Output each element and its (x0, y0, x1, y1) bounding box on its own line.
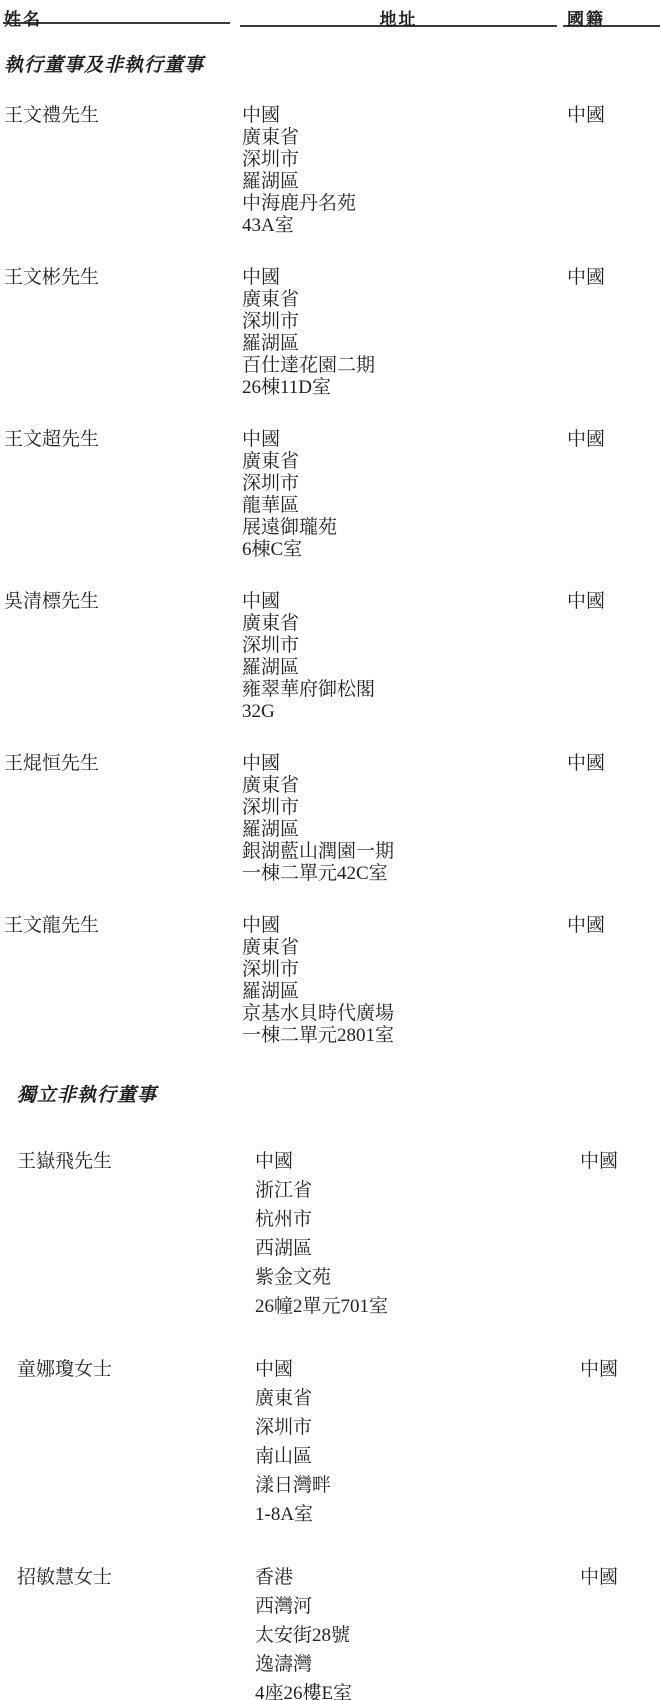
director-name: 吳清標先生 (4, 591, 99, 613)
address-line: 中海鹿丹名苑 (242, 193, 660, 215)
address-line: 羅湖區 (242, 657, 660, 679)
address-line: 逸濤灣 (255, 1650, 660, 1679)
address-line: 浙江省 (255, 1176, 660, 1205)
address-line: 廣東省 (242, 289, 660, 311)
director-name: 王焜恒先生 (4, 753, 99, 775)
address-line: 銀湖藍山潤園一期 (242, 841, 660, 863)
director-nationality: 中國 (567, 591, 605, 613)
table-row: 招敏慧女士香港西灣河太安街28號逸濤灣4座26樓E室中國 (0, 1563, 660, 1700)
address-line: 32G (242, 701, 660, 723)
address-line: 26棟11D室 (242, 377, 660, 399)
address-line: 太安街28號 (255, 1621, 660, 1650)
column-header-address: 地址 (240, 5, 557, 27)
address-line: 深圳市 (242, 149, 660, 171)
table-row: 吳清標先生中國廣東省深圳市羅湖區雍翠華府御松閣32G中國 (0, 591, 660, 723)
director-name: 招敏慧女士 (17, 1563, 112, 1592)
address-line: 展遠御瓏苑 (242, 517, 660, 539)
table-row: 王文龍先生中國廣東省深圳市羅湖區京基水貝時代廣場一棟二單元2801室中國 (0, 915, 660, 1047)
table-row: 王文超先生中國廣東省深圳市龍華區展遠御瓏苑6棟C室中國 (0, 429, 660, 561)
address-line: 深圳市 (242, 473, 660, 495)
address-line: 深圳市 (242, 635, 660, 657)
director-section: 執行董事及非執行董事王文禮先生中國廣東省深圳市羅湖區中海鹿丹名苑43A室中國王文… (0, 55, 660, 1047)
director-name: 王文禮先生 (4, 105, 99, 127)
director-section: 獨立非執行董事王嶽飛先生中國浙江省杭州市西湖區紫金文苑26幢2單元701室中國童… (0, 1085, 660, 1700)
address-line: 羅湖區 (242, 333, 660, 355)
section-title: 獨立非執行董事 (17, 1085, 660, 1107)
address-line: 廣東省 (242, 937, 660, 959)
address-line: 廣東省 (255, 1384, 660, 1413)
director-nationality: 中國 (567, 105, 605, 127)
address-line: 26幢2單元701室 (255, 1292, 660, 1321)
column-header-name: 姓名 (3, 5, 230, 24)
table-body: 執行董事及非執行董事王文禮先生中國廣東省深圳市羅湖區中海鹿丹名苑43A室中國王文… (0, 55, 660, 1700)
address-line: 一棟二單元2801室 (242, 1025, 660, 1047)
address-line: 羅湖區 (242, 981, 660, 1003)
address-line: 1-8A室 (255, 1500, 660, 1529)
director-nationality: 中國 (567, 267, 605, 289)
director-name: 童娜瓊女士 (17, 1355, 112, 1384)
director-name: 王文龍先生 (4, 915, 99, 937)
director-nationality: 中國 (580, 1355, 618, 1384)
address-line: 羅湖區 (242, 819, 660, 841)
address-line: 廣東省 (242, 613, 660, 635)
director-nationality: 中國 (567, 915, 605, 937)
address-line: 西灣河 (255, 1592, 660, 1621)
directors-address-table-page: 姓名 地址 國籍 執行董事及非執行董事王文禮先生中國廣東省深圳市羅湖區中海鹿丹名… (0, 0, 660, 1700)
address-line: 京基水貝時代廣場 (242, 1003, 660, 1025)
address-line: 廣東省 (242, 775, 660, 797)
director-nationality: 中國 (580, 1563, 618, 1592)
table-row: 童娜瓊女士中國廣東省深圳市南山區漾日灣畔1-8A室中國 (0, 1355, 660, 1529)
director-name: 王文彬先生 (4, 267, 99, 289)
address-line: 漾日灣畔 (255, 1471, 660, 1500)
table-header: 姓名 地址 國籍 (0, 5, 660, 33)
address-line: 廣東省 (242, 451, 660, 473)
address-line: 4座26樓E室 (255, 1679, 660, 1700)
address-line: 廣東省 (242, 127, 660, 149)
director-name: 王嶽飛先生 (17, 1147, 112, 1176)
address-line: 深圳市 (255, 1413, 660, 1442)
address-line: 西湖區 (255, 1234, 660, 1263)
address-line: 紫金文苑 (255, 1263, 660, 1292)
address-line: 一棟二單元42C室 (242, 863, 660, 885)
table-row: 王嶽飛先生中國浙江省杭州市西湖區紫金文苑26幢2單元701室中國 (0, 1147, 660, 1321)
address-line: 43A室 (242, 215, 660, 237)
director-nationality: 中國 (580, 1147, 618, 1176)
address-line: 龍華區 (242, 495, 660, 517)
table-row: 王文禮先生中國廣東省深圳市羅湖區中海鹿丹名苑43A室中國 (0, 105, 660, 237)
address-line: 百仕達花園二期 (242, 355, 660, 377)
director-nationality: 中國 (567, 753, 605, 775)
table-row: 王文彬先生中國廣東省深圳市羅湖區百仕達花園二期26棟11D室中國 (0, 267, 660, 399)
director-name: 王文超先生 (4, 429, 99, 451)
address-line: 6棟C室 (242, 539, 660, 561)
section-title: 執行董事及非執行董事 (4, 55, 660, 77)
column-header-nationality: 國籍 (563, 5, 660, 27)
address-line: 雍翠華府御松閣 (242, 679, 660, 701)
address-line: 深圳市 (242, 311, 660, 333)
address-line: 羅湖區 (242, 171, 660, 193)
director-nationality: 中國 (567, 429, 605, 451)
table-row: 王焜恒先生中國廣東省深圳市羅湖區銀湖藍山潤園一期一棟二單元42C室中國 (0, 753, 660, 885)
address-line: 杭州市 (255, 1205, 660, 1234)
address-line: 南山區 (255, 1442, 660, 1471)
address-line: 深圳市 (242, 797, 660, 819)
address-line: 深圳市 (242, 959, 660, 981)
